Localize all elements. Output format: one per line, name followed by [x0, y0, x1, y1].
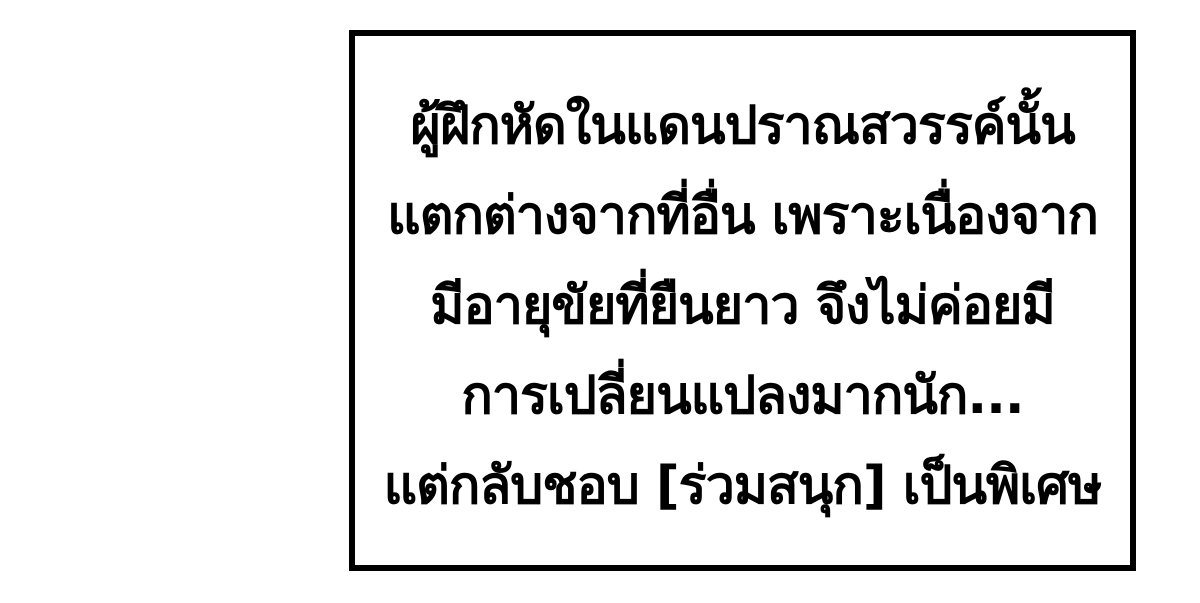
comic-page: ผู้ฝึกหัดในแดนปราณสวรรค์นั้น แตกต่างจากท…	[0, 0, 1200, 603]
narration-line-2: แตกต่างจากที่อื่น เพราะเนื่องจาก	[361, 171, 1124, 261]
narration-box: ผู้ฝึกหัดในแดนปราณสวรรค์นั้น แตกต่างจากท…	[349, 30, 1136, 571]
narration-line-4: การเปลี่ยนแปลงมากนัก...	[361, 351, 1124, 441]
narration-line-3: มีอายุขัยที่ยืนยาว จึงไม่ค่อยมี	[361, 261, 1124, 351]
narration-line-1: ผู้ฝึกหัดในแดนปราณสวรรค์นั้น	[361, 81, 1124, 171]
narration-line-5: แต่กลับชอบ [ร่วมสนุก] เป็นพิเศษ	[361, 441, 1124, 531]
